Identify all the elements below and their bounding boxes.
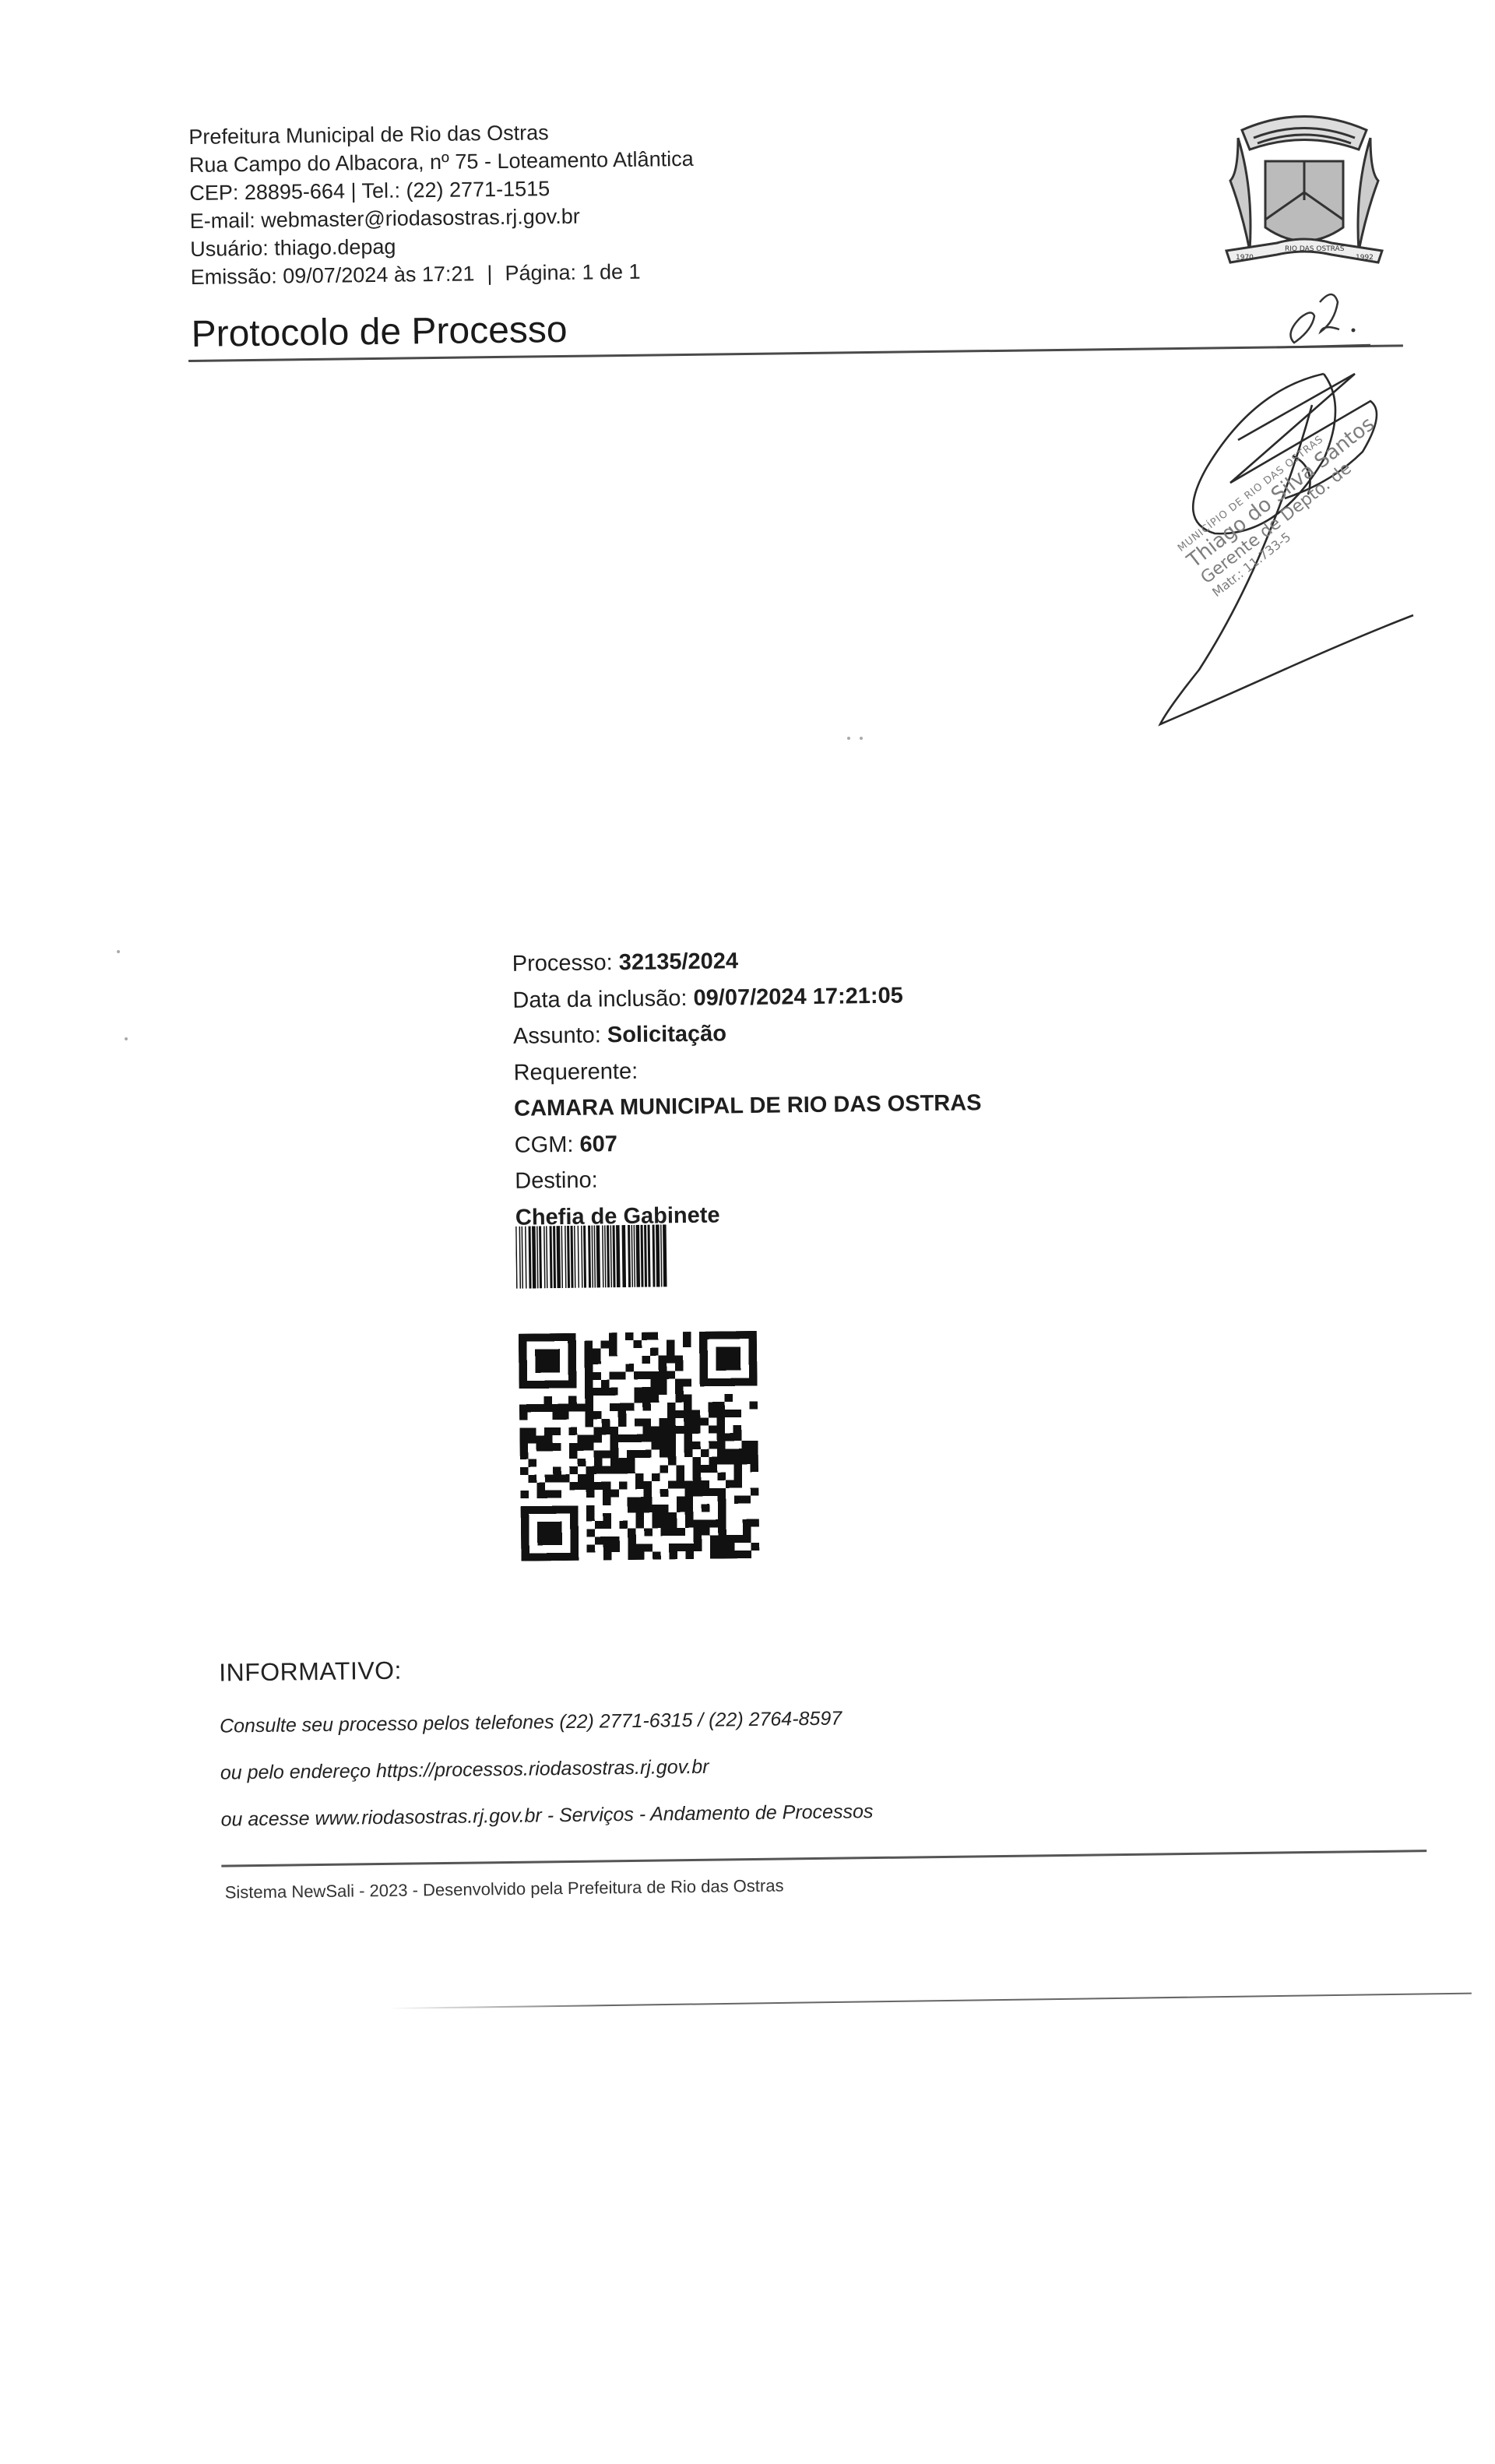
cgm-row: CGM: 607 xyxy=(514,1121,982,1163)
emission-line: Emissão: 09/07/2024 às 17:21|Página: 1 d… xyxy=(190,257,695,291)
letterhead: Prefeitura Municipal de Rio das Ostras R… xyxy=(188,117,695,291)
data-label: Data da inclusão: xyxy=(512,986,687,1013)
coat-of-arms-icon: RIO DAS OSTRAS 1970 1992 xyxy=(1211,95,1398,282)
signature xyxy=(1137,358,1433,779)
separator: | xyxy=(487,259,492,287)
destino-label: Destino: xyxy=(515,1157,983,1199)
cgm-value: 607 xyxy=(579,1132,617,1157)
assunto-label: Assunto: xyxy=(513,1023,601,1048)
emission-date: Emissão: 09/07/2024 às 17:21 xyxy=(191,262,475,289)
info-url[interactable]: ou pelo endereço https://processos.rioda… xyxy=(220,1741,873,1797)
scan-speck xyxy=(117,950,120,953)
cgm-label: CGM: xyxy=(515,1132,574,1157)
assunto-value: Solicitação xyxy=(607,1021,727,1047)
footer-divider xyxy=(221,1850,1426,1867)
scanned-page: Prefeitura Municipal de Rio das Ostras R… xyxy=(0,0,1495,2464)
scan-speck xyxy=(847,737,850,740)
requerente-label: Requerente: xyxy=(513,1049,981,1091)
assunto-row: Assunto: Solicitação xyxy=(513,1012,981,1054)
requerente-value: CAMARA MUNICIPAL DE RIO DAS OSTRAS xyxy=(514,1090,982,1121)
scan-speck xyxy=(860,737,863,740)
processo-label: Processo: xyxy=(512,950,613,977)
info-heading: INFORMATIVO: xyxy=(219,1650,871,1688)
data-row: Data da inclusão: 09/07/2024 17:21:05 xyxy=(512,977,980,1019)
info-website[interactable]: ou acesse www.riodasostras.rj.gov.br - S… xyxy=(220,1788,874,1843)
handwritten-page-number xyxy=(1277,287,1370,349)
svg-text:1970: 1970 xyxy=(1236,254,1254,262)
process-details: Processo: 32135/2024 Data da inclusão: 0… xyxy=(512,940,983,1236)
scan-edge-line xyxy=(389,1993,1472,2009)
svg-text:1992: 1992 xyxy=(1356,254,1374,262)
info-section: INFORMATIVO: Consulte seu processo pelos… xyxy=(219,1650,874,1843)
scan-speck xyxy=(125,1037,128,1040)
barcode-icon xyxy=(515,1224,667,1288)
document-body: Prefeitura Municipal de Rio das Ostras R… xyxy=(0,0,1492,2)
page-count: Página: 1 de 1 xyxy=(505,260,641,285)
processo-row: Processo: 32135/2024 xyxy=(512,940,980,982)
info-phones: Consulte seu processo pelos telefones (2… xyxy=(220,1695,873,1750)
data-value: 09/07/2024 17:21:05 xyxy=(693,983,903,1010)
svg-text:RIO DAS OSTRAS: RIO DAS OSTRAS xyxy=(1285,245,1345,253)
qr-code-icon xyxy=(519,1331,760,1561)
processo-value: 32135/2024 xyxy=(619,949,739,975)
footer-text: Sistema NewSali - 2023 - Desenvolvido pe… xyxy=(225,1876,784,1903)
page-title: Protocolo de Processo xyxy=(191,308,568,356)
